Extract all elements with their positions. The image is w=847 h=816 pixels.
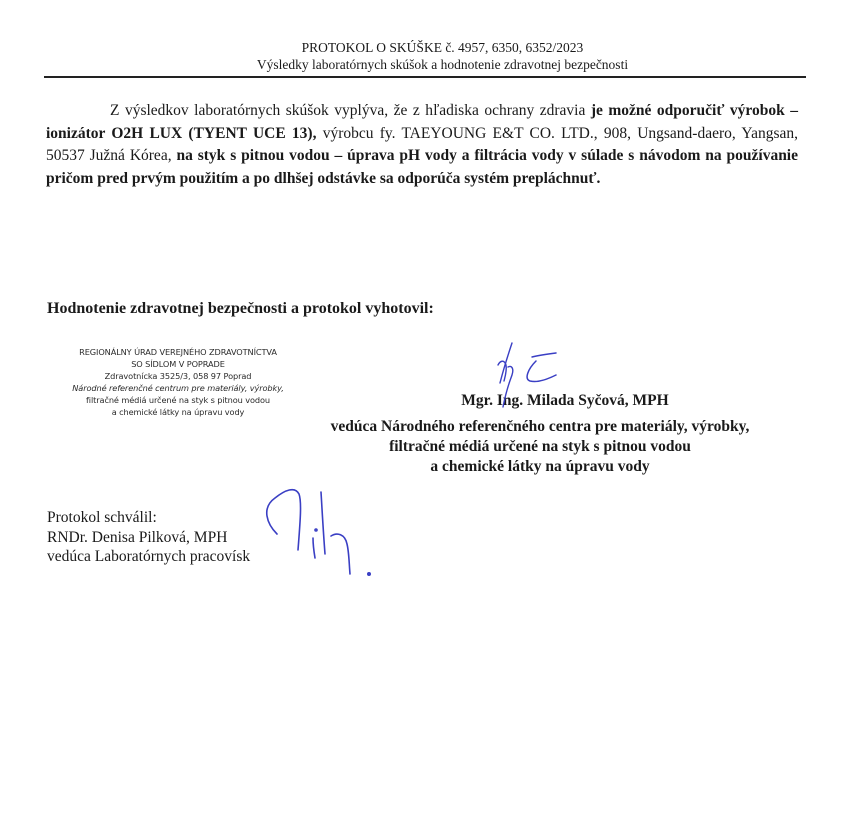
stamp-line: Zdravotnícka 3525/3, 058 97 Poprad [47,370,309,382]
stamp-line: SO SÍDLOM V POPRADE [47,358,309,370]
conclusion-text-1: Z výsledkov laboratórnych skúšok vyplýva… [110,102,591,119]
approval-block: Protokol schválil: RNDr. Denisa Pilková,… [47,508,250,567]
conclusion-paragraph: Z výsledkov laboratórnych skúšok vyplýva… [46,100,798,190]
protocol-title: PROTOKOL O SKÚŠKE č. 4957, 6350, 6352/20… [0,39,847,56]
evaluator-signature-icon [470,335,580,415]
approver-role: vedúca Laboratórnych pracovísk [47,547,250,567]
approver-name: RNDr. Denisa Pilková, MPH [47,528,250,548]
evaluator-role: vedúca Národného referenčného centra pre… [260,417,820,477]
approver-signature-icon [245,478,385,586]
header-divider [44,76,806,78]
protocol-subtitle: Výsledky laboratórnych skúšok a hodnoten… [0,56,847,73]
document-header: PROTOKOL O SKÚŠKE č. 4957, 6350, 6352/20… [0,39,847,73]
evaluation-heading: Hodnotenie zdravotnej bezpečnosti a prot… [47,300,434,318]
approval-label: Protokol schválil: [47,508,250,528]
stamp-line: REGIONÁLNY ÚRAD VEREJNÉHO ZDRAVOTNÍCTVA [47,346,309,358]
